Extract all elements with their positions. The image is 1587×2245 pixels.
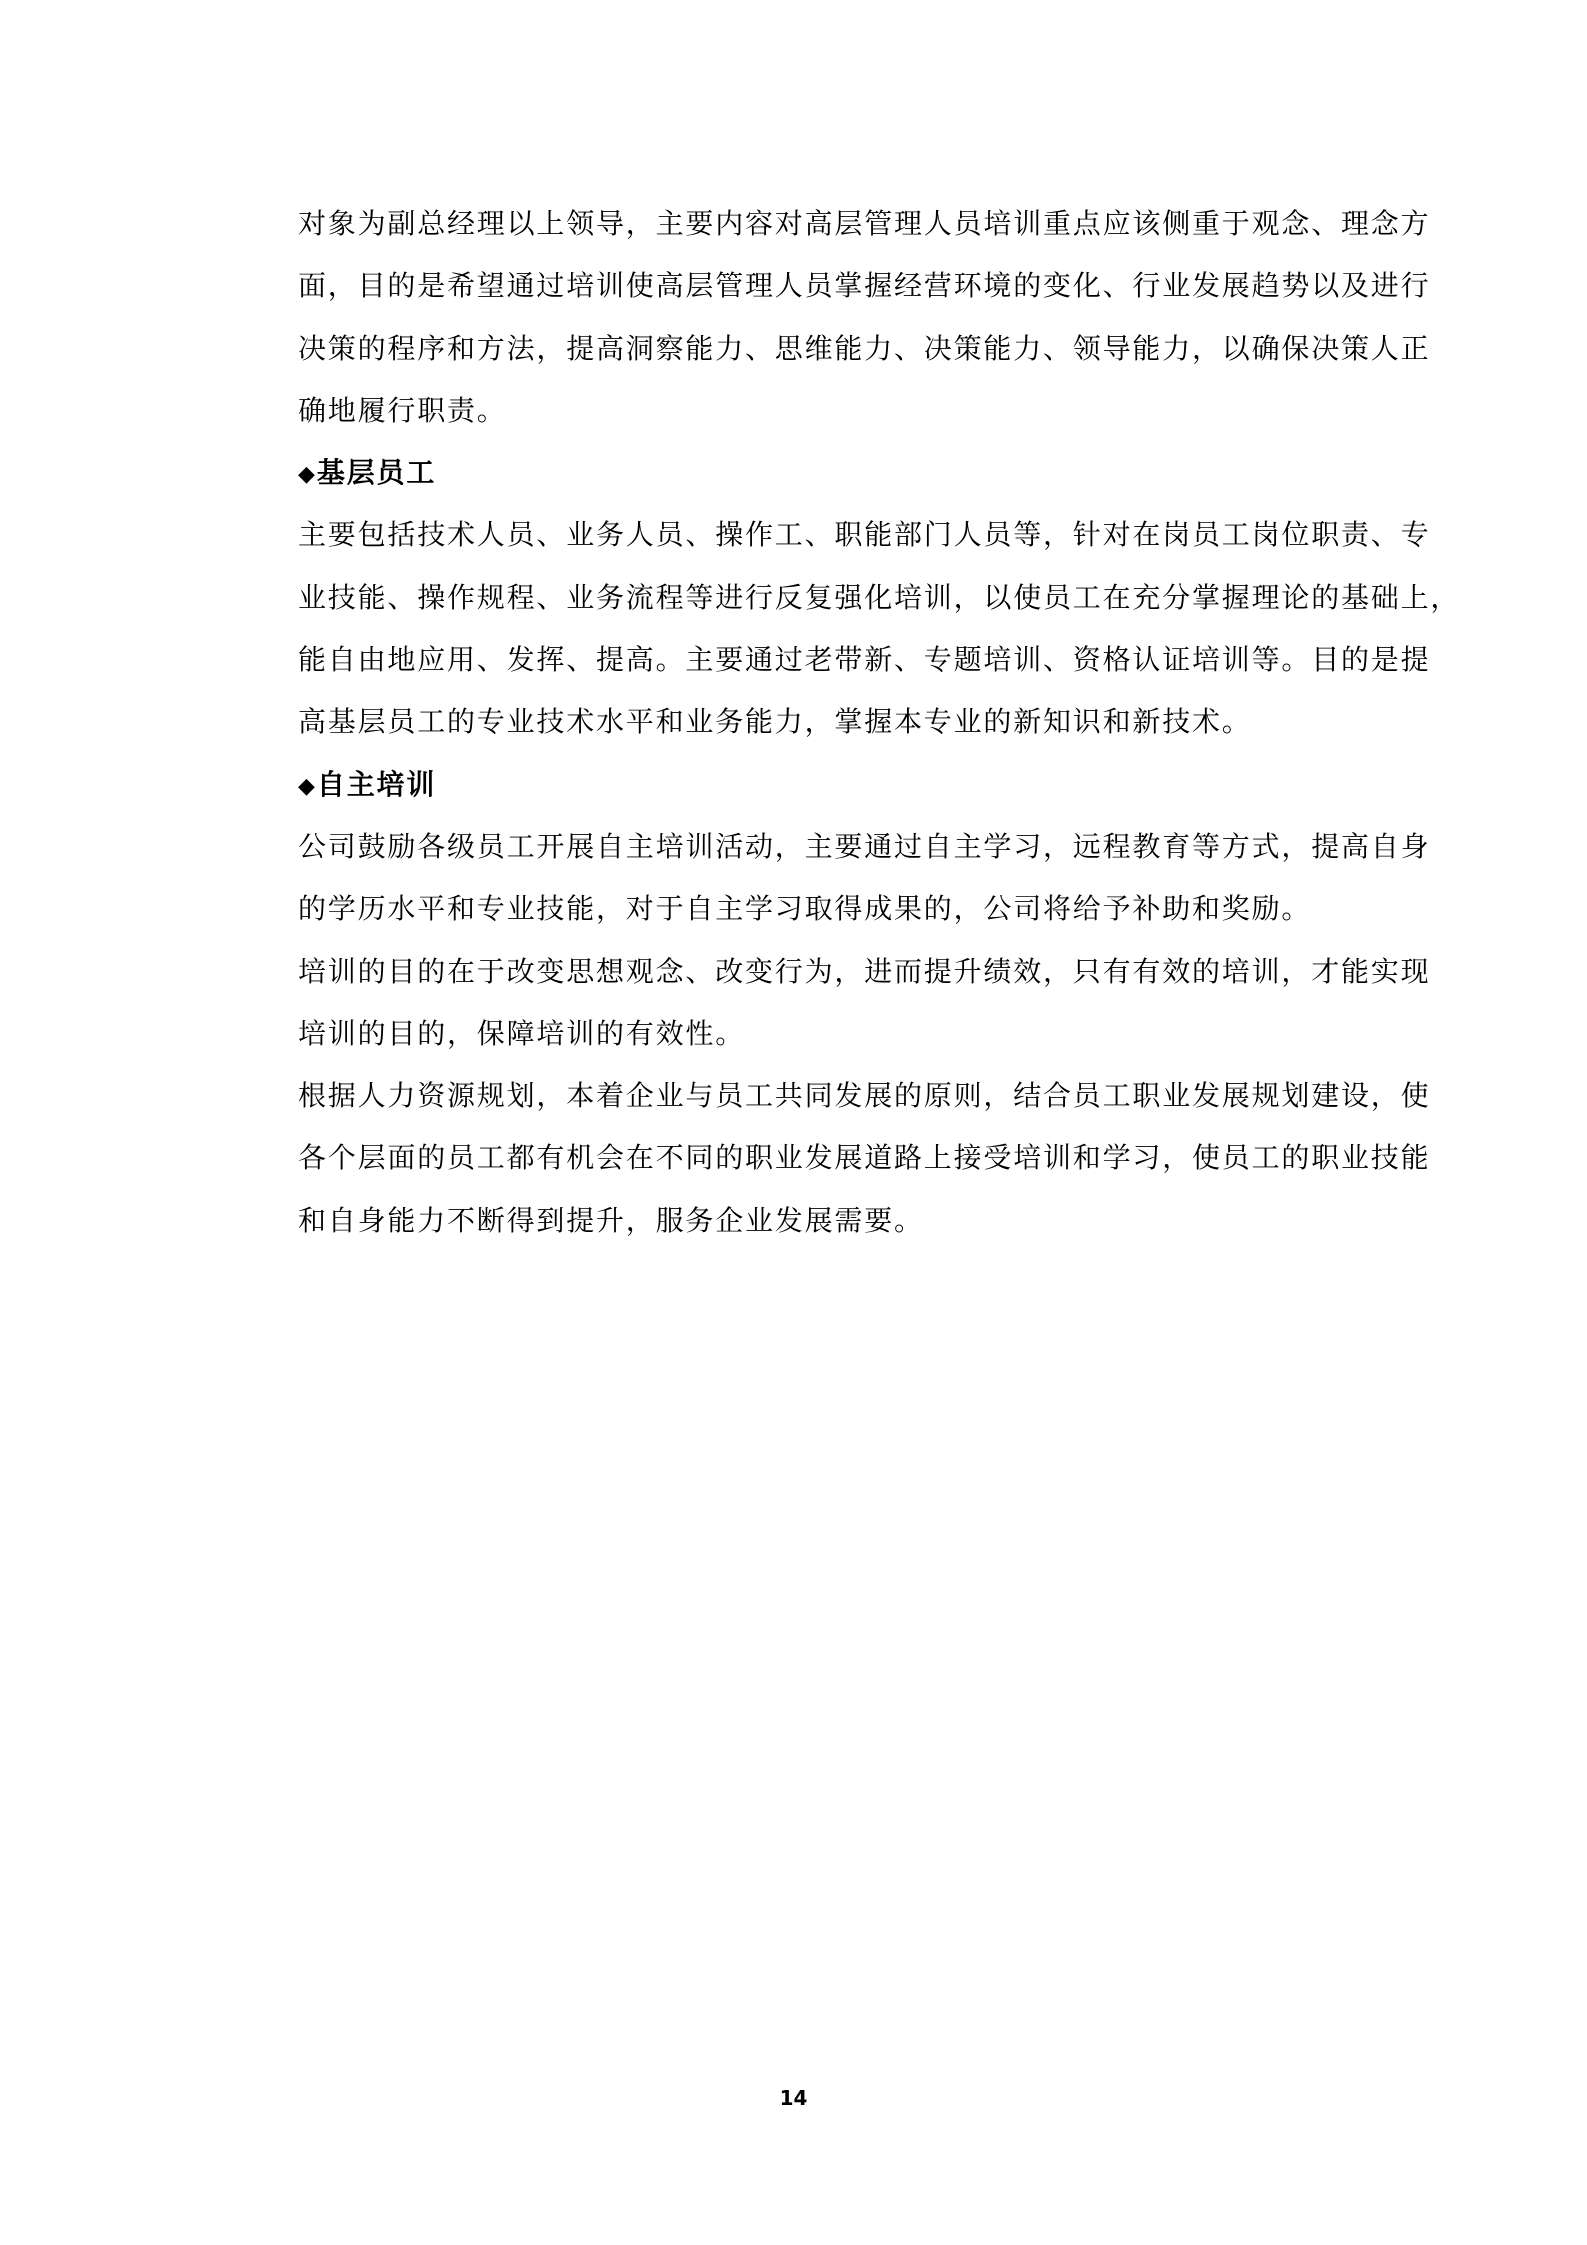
diamond-bullet-icon: ◆ [298,443,315,505]
text-line: 主要包括技术人员、业务人员、操作工、职能部门人员等，针对在岗员工岗位职责、专 [298,504,1346,566]
heading-text: 自主培训 [317,768,436,801]
paragraph-frontline-staff: 主要包括技术人员、业务人员、操作工、职能部门人员等，针对在岗员工岗位职责、专 业… [298,504,1346,753]
section-heading-self-training: ◆自主培训 [298,754,1346,816]
text-line: 根据人力资源规划，本着企业与员工共同发展的原则，结合员工职业发展规划建设，使 [298,1065,1346,1127]
text-line: 和自身能力不断得到提升，服务企业发展需要。 [298,1190,1346,1252]
heading-text: 基层员工 [317,456,436,489]
text-line: 能自由地应用、发挥、提高。主要通过老带新、专题培训、资格认证培训等。目的是提 [298,629,1346,691]
paragraph-hr-planning: 根据人力资源规划，本着企业与员工共同发展的原则，结合员工职业发展规划建设，使 各… [298,1065,1346,1252]
text-line: 确地履行职责。 [298,380,1346,442]
paragraph-senior-management-training: 对象为副总经理以上领导，主要内容对高层管理人员培训重点应该侧重于观念、理念方 面… [298,193,1346,442]
page-number: 14 [0,2084,1587,2112]
text-line: 高基层员工的专业技术水平和业务能力，掌握本专业的新知识和新技术。 [298,691,1346,753]
section-heading-frontline-staff: ◆基层员工 [298,442,1346,504]
text-line: 培训的目的在于改变思想观念、改变行为，进而提升绩效，只有有效的培训，才能实现 [298,941,1346,1003]
text-line: 面，目的是希望通过培训使高层管理人员掌握经营环境的变化、行业发展趋势以及进行 [298,255,1346,317]
text-line: 的学历水平和专业技能，对于自主学习取得成果的，公司将给予补助和奖励。 [298,878,1346,940]
diamond-bullet-icon: ◆ [298,755,315,817]
text-line: 培训的目的，保障培训的有效性。 [298,1003,1346,1065]
text-line: 决策的程序和方法，提高洞察能力、思维能力、决策能力、领导能力，以确保决策人正 [298,318,1346,380]
document-body: 对象为副总经理以上领导，主要内容对高层管理人员培训重点应该侧重于观念、理念方 面… [298,193,1346,1252]
text-line: 对象为副总经理以上领导，主要内容对高层管理人员培训重点应该侧重于观念、理念方 [298,193,1346,255]
paragraph-training-purpose: 培训的目的在于改变思想观念、改变行为，进而提升绩效，只有有效的培训，才能实现 培… [298,941,1346,1066]
text-line: 公司鼓励各级员工开展自主培训活动，主要通过自主学习，远程教育等方式，提高自身 [298,816,1346,878]
text-line: 各个层面的员工都有机会在不同的职业发展道路上接受培训和学习，使员工的职业技能 [298,1127,1346,1189]
text-line: 业技能、操作规程、业务流程等进行反复强化培训，以使员工在充分掌握理论的基础上， [298,567,1346,629]
paragraph-self-training: 公司鼓励各级员工开展自主培训活动，主要通过自主学习，远程教育等方式，提高自身 的… [298,816,1346,941]
